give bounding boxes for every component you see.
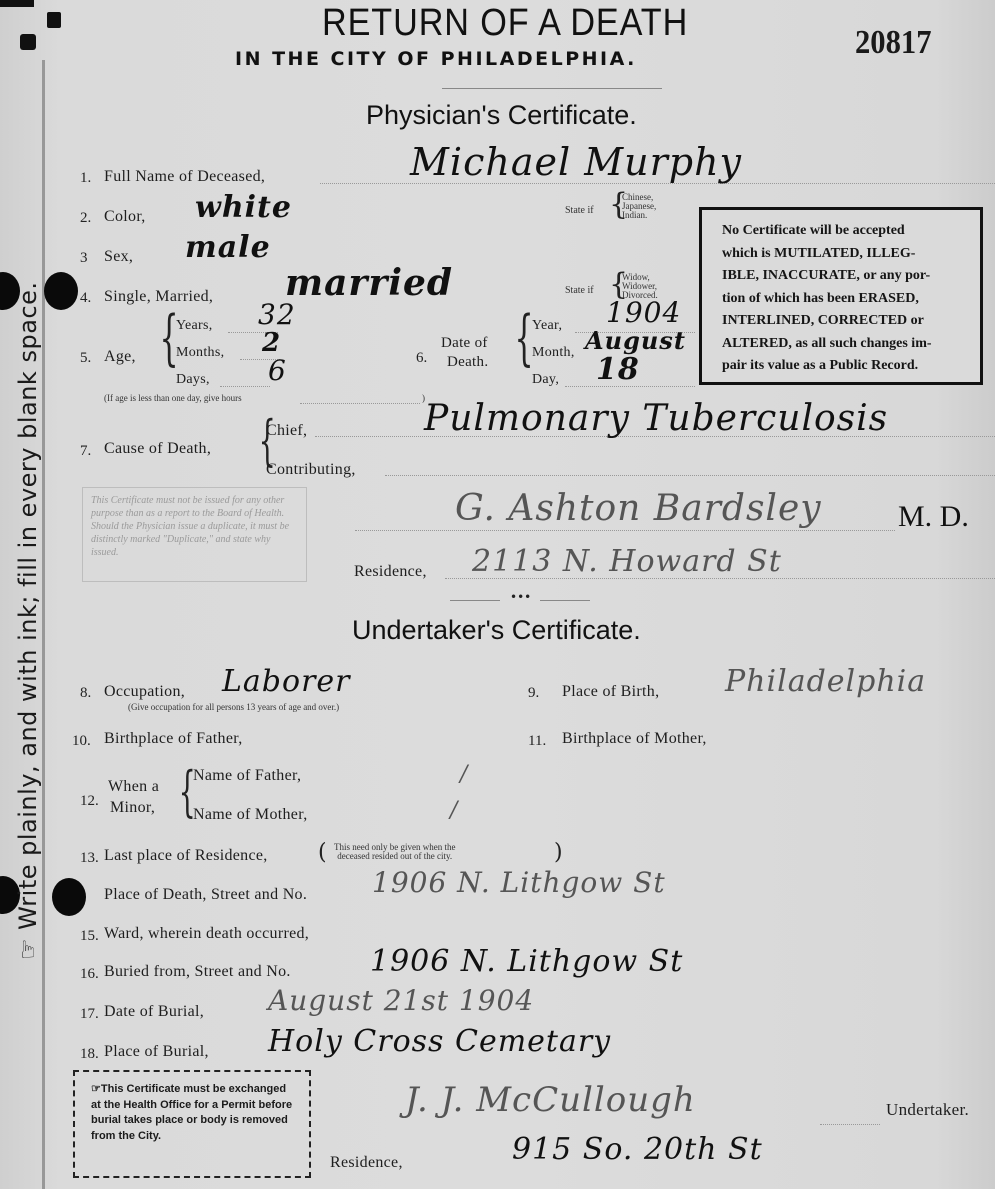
field-number: 7. xyxy=(80,443,91,460)
days-line xyxy=(220,386,270,387)
field-number: 18. xyxy=(80,1046,99,1063)
punch-hole xyxy=(52,878,86,916)
age-days-value[interactable]: 6 xyxy=(268,354,287,387)
color-value[interactable]: white xyxy=(195,190,292,225)
field-number: 5. xyxy=(80,350,91,367)
field-number: 11. xyxy=(528,733,546,750)
cause-label: Cause of Death, xyxy=(104,440,211,458)
md-label: M. D. xyxy=(898,500,969,534)
name-of-mother-value[interactable]: / xyxy=(450,798,458,823)
notice-line: IBLE, INACCURATE, or any por- xyxy=(722,265,968,288)
notice-box: No Certificate will be accepted which is… xyxy=(699,207,983,385)
notice-line: ALTERED, as all such changes im- xyxy=(722,333,968,356)
cause-chief-value[interactable]: Pulmonary Tuberculosis xyxy=(424,398,888,439)
undertaker-label: Undertaker. xyxy=(886,1100,969,1120)
certificate-number: 20817 xyxy=(855,24,932,62)
death-day-value[interactable]: 18 xyxy=(596,352,640,387)
notice-line: tion of which has been ERASED, xyxy=(722,288,968,311)
undertaker-residence-value[interactable]: 915 So. 20th St xyxy=(512,1132,763,1167)
marital-value[interactable]: married xyxy=(285,262,453,304)
brace: { xyxy=(515,308,534,368)
physician-residence-label: Residence, xyxy=(354,563,427,581)
field-number: 16. xyxy=(80,966,99,983)
place-of-burial-value[interactable]: Holy Cross Cemetary xyxy=(268,1024,611,1059)
day-label: Day, xyxy=(532,372,559,388)
notice-line: which is MUTILATED, ILLEG- xyxy=(722,243,968,266)
month-label: Month, xyxy=(532,345,575,361)
notice-line: No Certificate will be accepted xyxy=(722,220,968,243)
field-number: 17. xyxy=(80,1006,99,1023)
occupation-value[interactable]: Laborer xyxy=(222,664,351,699)
death-month-value[interactable]: August xyxy=(585,326,686,355)
birthplace-father-label: Birthplace of Father, xyxy=(104,730,243,748)
note-line: deceased resided out of the city. xyxy=(334,852,455,861)
place-of-birth-value[interactable]: Philadelphia xyxy=(725,664,926,699)
sex-value[interactable]: male xyxy=(185,230,271,265)
color-label: Color, xyxy=(104,208,146,226)
buried-from-value[interactable]: 1906 N. Lithgow St xyxy=(370,944,683,979)
scan-artifact xyxy=(47,12,61,28)
divider xyxy=(450,600,500,601)
field-number: 13. xyxy=(80,850,99,867)
field-number: 10. xyxy=(72,733,91,750)
birthplace-mother-label: Birthplace of Mother, xyxy=(562,730,707,748)
date-of-death-label-2: Death. xyxy=(447,354,488,371)
buried-from-label: Buried from, Street and No. xyxy=(104,963,291,981)
scan-artifact xyxy=(0,0,34,7)
full-name-value[interactable]: Michael Murphy xyxy=(410,140,742,184)
last-residence-note: This need only be given when the decease… xyxy=(334,843,455,861)
field-number: 9. xyxy=(528,685,539,702)
field-number: 3 xyxy=(80,250,88,267)
field-number: 4. xyxy=(80,290,91,307)
scan-artifact xyxy=(20,34,36,50)
age-hours-line xyxy=(300,403,420,404)
margin-instruction: ☞ Write plainly, and with ink; fill in e… xyxy=(14,282,42,961)
last-residence-label: Last place of Residence, xyxy=(104,847,268,865)
burial-notice-text: This Certificate must be exchanged at th… xyxy=(91,1083,292,1142)
ward-label: Ward, wherein death occurred, xyxy=(104,925,309,943)
occupation-note: (Give occupation for all persons 13 year… xyxy=(128,702,339,712)
occupation-label: Occupation, xyxy=(104,683,185,701)
name-of-father-label: Name of Father, xyxy=(193,767,301,785)
date-of-burial-label: Date of Burial, xyxy=(104,1003,204,1021)
cause-contributing-label: Contributing, xyxy=(266,461,356,479)
place-of-burial-label: Place of Burial, xyxy=(104,1043,209,1061)
year-label: Year, xyxy=(532,318,562,334)
document-subtitle: IN THE CITY OF PHILADELPHIA. xyxy=(235,48,637,70)
field-number: 2. xyxy=(80,210,91,227)
field-number: 1. xyxy=(80,170,91,187)
days-label: Days, xyxy=(176,372,210,388)
name-of-mother-label: Name of Mother, xyxy=(193,806,308,824)
physician-signature[interactable]: G. Ashton Bardsley xyxy=(455,488,822,529)
cause-contributing-line xyxy=(385,475,995,476)
name-of-father-value[interactable]: / xyxy=(460,762,468,787)
color-options: Chinese, Japanese, Indian. xyxy=(622,193,656,220)
document-title: RETURN OF A DEATH xyxy=(322,2,688,45)
place-of-death-value[interactable]: 1906 N. Lithgow St xyxy=(372,866,666,899)
physician-residence-value[interactable]: 2113 N. Howard St xyxy=(472,544,782,579)
state-if-label: State if xyxy=(565,205,594,216)
option-indian: Indian. xyxy=(622,211,656,220)
divider xyxy=(540,600,590,601)
margin-line xyxy=(42,60,45,1189)
minor-label-2: Minor, xyxy=(110,799,155,817)
paren-close: ) xyxy=(554,840,563,865)
pointing-hand-icon: ☞ xyxy=(91,1083,101,1095)
punch-hole xyxy=(44,272,78,310)
months-label: Months, xyxy=(176,345,224,361)
burial-permit-notice: ☞This Certificate must be exchanged at t… xyxy=(73,1070,311,1178)
date-of-burial-value[interactable]: August 21st 1904 xyxy=(268,984,534,1017)
state-if-label: State if xyxy=(565,285,594,296)
age-label: Age, xyxy=(104,348,136,366)
ornament-icon: ••• xyxy=(510,590,531,604)
age-years-value[interactable]: 32 xyxy=(258,298,296,331)
undertaker-residence-label: Residence, xyxy=(330,1154,403,1172)
undertaker-signature[interactable]: J. J. McCullough xyxy=(405,1080,696,1120)
place-of-birth-label: Place of Birth, xyxy=(562,683,659,701)
field-number: 6. xyxy=(416,350,427,367)
date-of-death-label-1: Date of xyxy=(441,335,488,352)
pointing-hand-icon: ☞ xyxy=(14,938,42,960)
death-certificate-page: ☞ Write plainly, and with ink; fill in e… xyxy=(0,0,995,1189)
signature-line xyxy=(820,1124,880,1125)
notice-line: pair its value as a Public Record. xyxy=(722,355,968,378)
age-hours-note: (If age is less than one day, give hours xyxy=(104,393,242,403)
cause-chief-label: Chief, xyxy=(266,422,307,440)
years-label: Years, xyxy=(176,318,213,334)
duplicate-notice-box: This Certificate must not be issued for … xyxy=(82,487,307,582)
field-number: 8. xyxy=(80,685,91,702)
field-number: 15. xyxy=(80,928,99,945)
minor-label-1: When a xyxy=(108,778,159,796)
death-year-value[interactable]: 1904 xyxy=(606,296,681,329)
physician-certificate-heading: Physician's Certificate. xyxy=(366,100,637,131)
field-number: 12. xyxy=(80,793,99,810)
undertaker-certificate-heading: Undertaker's Certificate. xyxy=(352,615,641,646)
notice-line: INTERLINED, CORRECTED or xyxy=(722,310,968,333)
signature-line xyxy=(355,530,895,531)
full-name-label: Full Name of Deceased, xyxy=(104,168,265,186)
sex-label: Sex, xyxy=(104,248,133,266)
place-of-death-label: Place of Death, Street and No. xyxy=(104,886,307,904)
paren-open: ( xyxy=(318,840,327,865)
divider xyxy=(442,88,662,89)
margin-note-text: Write plainly, and with ink; fill in eve… xyxy=(14,282,42,930)
